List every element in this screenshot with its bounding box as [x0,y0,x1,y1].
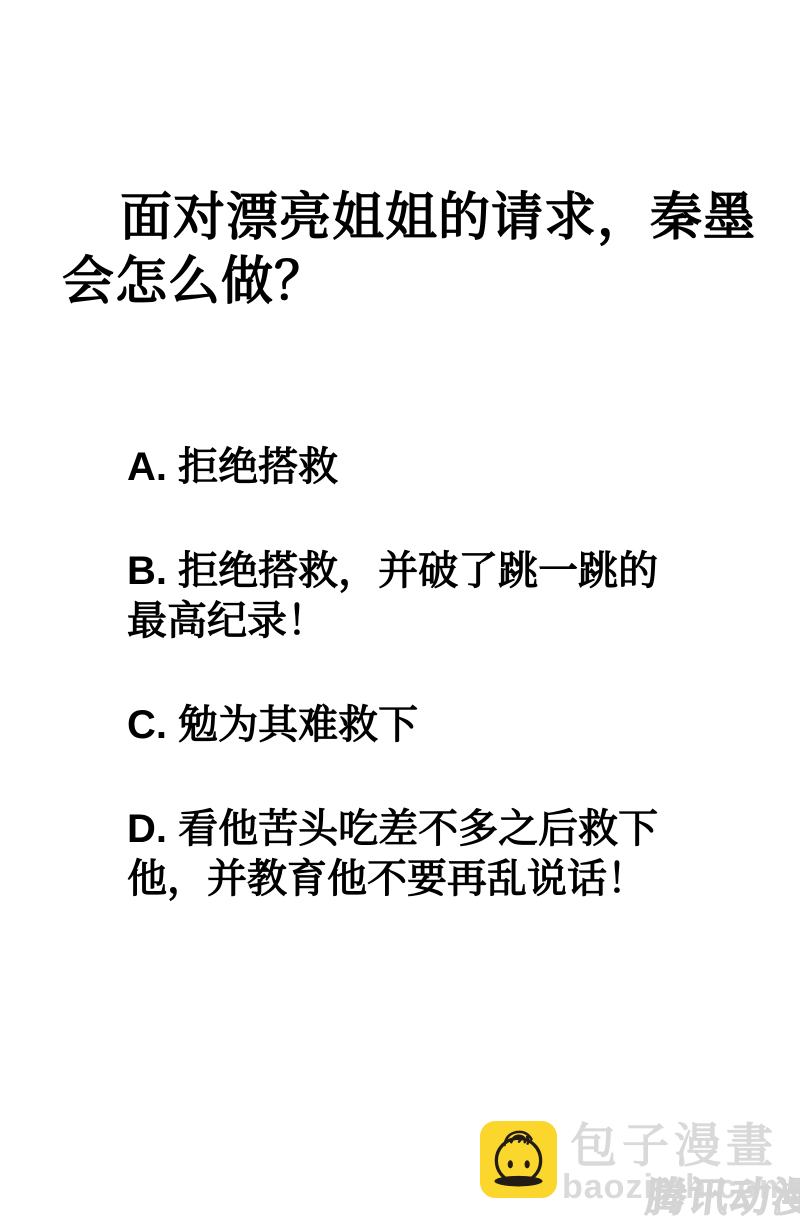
question-line-1: 面对漂亮姐姐的请求，秦墨 [62,186,772,250]
options-list: A. 拒绝搭救 B. 拒绝搭救，并破了跳一跳的 最高纪录！ C. 勉为其难救下 … [127,442,745,958]
overlay-watermark: 腾讯动漫 [644,1176,800,1220]
option-line: 最高纪录！ [127,596,745,646]
question-line-2: 会怎么做？ [62,250,772,314]
comic-page: 面对漂亮姐姐的请求，秦墨 会怎么做？ A. 拒绝搭救 B. 拒绝搭救，并破了跳一… [0,0,800,1228]
option-c: C. 勉为其难救下 [127,700,745,750]
option-line: B. 拒绝搭救，并破了跳一跳的 [127,546,745,596]
site-name-watermark: 包子漫畫 [570,1120,778,1172]
option-line: A. 拒绝搭救 [127,442,745,492]
option-line: 他，并教育他不要再乱说话！ [127,854,745,904]
option-d: D. 看他苦头吃差不多之后救下 他，并教育他不要再乱说话！ [127,804,745,904]
question-block: 面对漂亮姐姐的请求，秦墨 会怎么做？ [62,186,772,314]
option-a: A. 拒绝搭救 [127,442,745,492]
option-line: C. 勉为其难救下 [127,700,745,750]
option-b: B. 拒绝搭救，并破了跳一跳的 最高纪录！ [127,546,745,646]
option-line: D. 看他苦头吃差不多之后救下 [127,804,745,854]
baozi-mascot-icon [478,1121,559,1198]
